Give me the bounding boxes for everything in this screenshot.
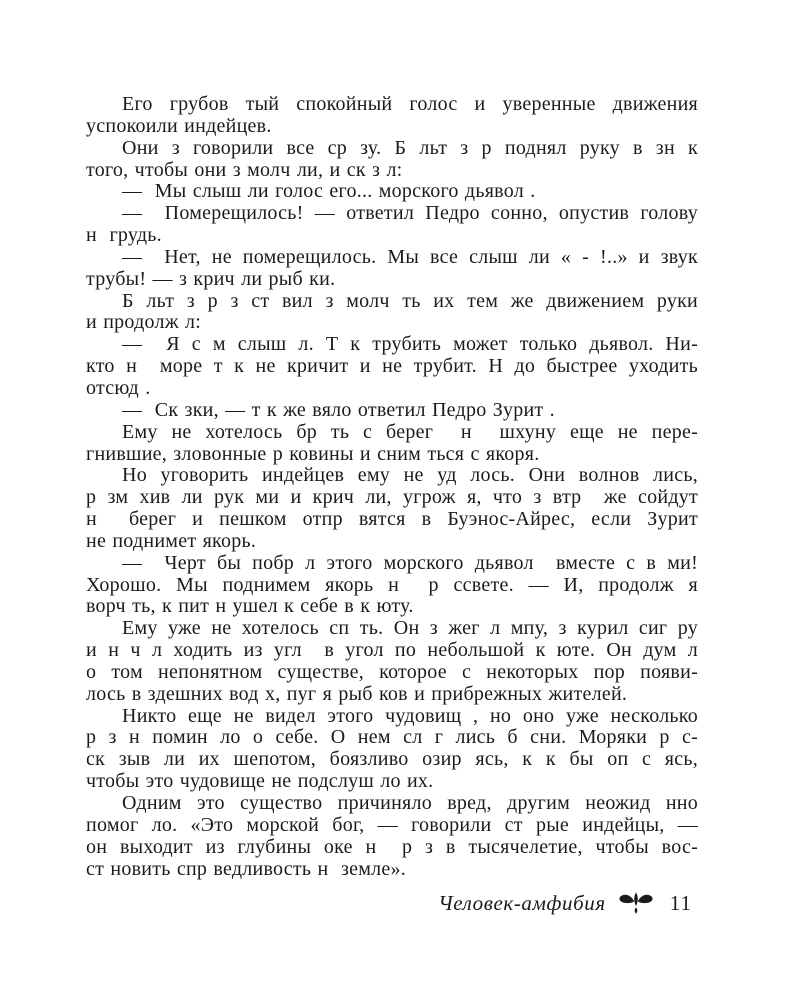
text-line: р з н помин ло о себе. О нем сл г лись б… (86, 727, 698, 749)
page-footer: Человек-амфибия 11 (86, 891, 698, 915)
text-line: Б льт з р з ст вил з молч ть их тем же д… (86, 291, 698, 313)
text-line: Хорошо. Мы поднимем якорь н р ссвете. — … (86, 575, 698, 597)
text-line: — Мы слыш ли голос его... морского дьяво… (86, 181, 698, 203)
text-line: Ему уже не хотелось сп ть. Он з жег л мп… (86, 618, 698, 640)
text-line: чтобы это чудовище не подслуш ло их. (86, 771, 698, 793)
body-text: Его грубов тый спокойный голос и уверенн… (86, 94, 698, 880)
book-page: Его грубов тый спокойный голос и уверенн… (0, 0, 800, 1000)
text-line: и продолж л: (86, 312, 698, 334)
text-line: Никто еще не видел этого чудовищ , но он… (86, 706, 698, 728)
text-line: он выходит из глубины оке н р з в тысяче… (86, 837, 698, 859)
text-line: гнившие, зловонные р ковины и сним ться … (86, 444, 698, 466)
text-line: не поднимет якорь. (86, 531, 698, 553)
text-line: Но уговорить индейцев ему не уд лось. Он… (86, 465, 698, 487)
text-line: р зм хив ли рук ми и крич ли, угрож я, ч… (86, 487, 698, 509)
text-line: Ему не хотелось бр ть с берег н шхуну ещ… (86, 422, 698, 444)
text-line: и н ч л ходить из угл в угол по небольшо… (86, 640, 698, 662)
text-line: Они з говорили все ср зу. Б льт з р подн… (86, 138, 698, 160)
text-line: — Я с м слыш л. Т к трубить может только… (86, 334, 698, 356)
text-line: успокоили индейцев. (86, 116, 698, 138)
text-line: Одним это существо причиняло вред, други… (86, 793, 698, 815)
text-line: помог ло. «Это морской бог, — говорили с… (86, 815, 698, 837)
text-line: ворч ть, к пит н ушел к себе в к юту. (86, 596, 698, 618)
text-line: лось в здешних вод х, пуг я рыб ков и пр… (86, 684, 698, 706)
text-line: — Померещилось! — ответил Педро сонно, о… (86, 203, 698, 225)
text-line: того, чтобы они з молч ли, и ск з л: (86, 160, 698, 182)
text-line: отсюд . (86, 378, 698, 400)
fleur-de-lis-icon (619, 891, 653, 915)
text-line: — Нет, не померещилось. Мы все слыш ли «… (86, 247, 698, 269)
text-line: ск зыв ли их шепотом, боязливо озир ясь,… (86, 749, 698, 771)
text-line: кто н море т к не кричит и не трубит. Н … (86, 356, 698, 378)
running-title: Человек-амфибия (438, 891, 606, 915)
text-line: ст новить спр ведливость н земле». (86, 859, 698, 881)
page-number: 11 (670, 891, 692, 915)
text-line: Его грубов тый спокойный голос и уверенн… (86, 94, 698, 116)
text-line: н берег и пешком отпр вятся в Буэнос-Айр… (86, 509, 698, 531)
text-line: н грудь. (86, 225, 698, 247)
text-line: трубы! — з крич ли рыб ки. (86, 269, 698, 291)
text-line: — Черт бы побр л этого морского дьявол в… (86, 553, 698, 575)
text-line: — Ск зки, — т к же вяло ответил Педро Зу… (86, 400, 698, 422)
text-line: о том непонятном существе, которое с нек… (86, 662, 698, 684)
